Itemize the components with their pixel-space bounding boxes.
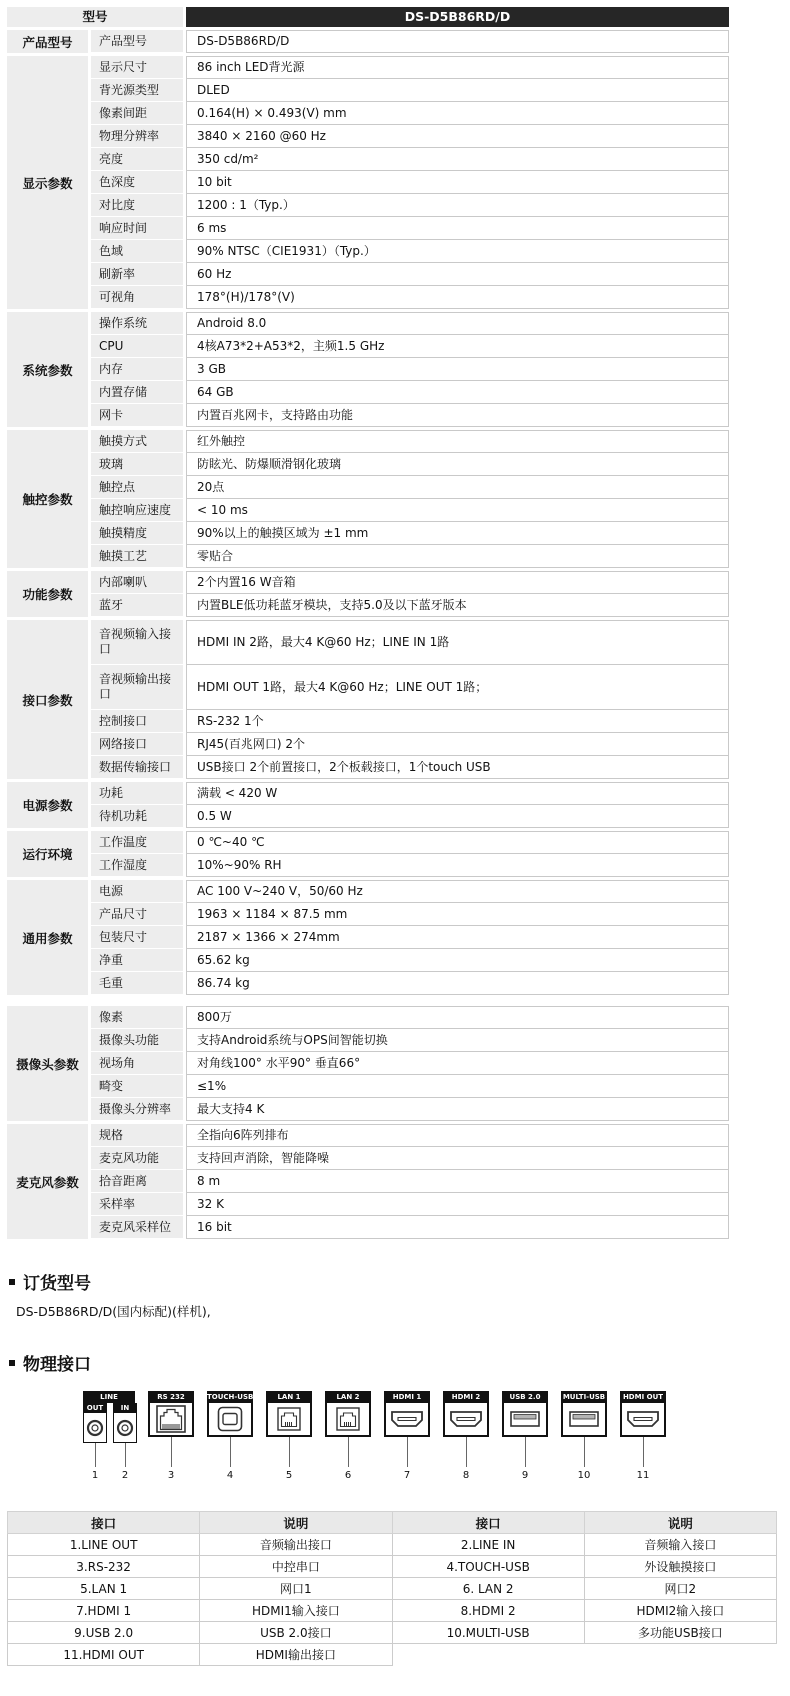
port-number: 2 (113, 1467, 137, 1481)
ports-table-cell: USB 2.0接口 (200, 1622, 392, 1644)
spec-value-cell: 满载 < 420 W (186, 782, 729, 805)
port-hdmi-1: HDMI 17 (384, 1391, 430, 1481)
spec-category-cell: 产品型号 (7, 30, 88, 53)
ports-table-row: 9.USB 2.0USB 2.0接口10.MULTI-USB多功能USB接口 (8, 1622, 777, 1644)
model-header-value: DS-D5B86RD/D (186, 7, 729, 27)
spec-key-cell: 内置存储 (91, 381, 183, 404)
spec-key-cell: 亮度 (91, 148, 183, 171)
spec-key-cell: 产品型号 (91, 30, 183, 53)
spec-value-cell: 86.74 kg (186, 972, 729, 995)
port-lan-2: LAN 26 (325, 1391, 371, 1481)
audio-jack-icon (113, 1413, 137, 1443)
spec-value-cell: 3 GB (186, 358, 729, 381)
spec-value-cell: 6 ms (186, 217, 729, 240)
ports-table-cell: 中控串口 (200, 1556, 392, 1578)
spec-key-cell: 采样率 (91, 1193, 183, 1216)
spec-value-cell: 2个内置16 W音箱 (186, 571, 729, 594)
spec-value-cell: 全指向6阵列排布 (186, 1124, 729, 1147)
hdmi-connector-icon (443, 1403, 489, 1437)
spec-category-cell: 电源参数 (7, 782, 88, 828)
spec-key-cell: 音视频输出接口 (91, 665, 183, 710)
ports-table-header-cell: 接口 (8, 1512, 200, 1534)
ports-table-cell: 10.MULTI-USB (392, 1622, 584, 1644)
leader-line (466, 1437, 467, 1467)
ports-table-header-row: 接口说明接口说明 (8, 1512, 777, 1534)
spec-value-cell: 86 inch LED背光源 (186, 56, 729, 79)
port-label: LINE (83, 1391, 135, 1403)
order-section-title-text: 订货型号 (23, 1269, 91, 1294)
spec-value-cell: 支持Android系统与OPS间智能切换 (186, 1029, 729, 1052)
spec-key-cell: 刷新率 (91, 263, 183, 286)
ports-table-cell: 网口1 (200, 1578, 392, 1600)
page: 型号 DS-D5B86RD/D 产品型号产品型号DS-D5B86RD/D显示参数… (0, 0, 790, 1686)
spec-group: 运行环境工作温度0 ℃~40 ℃工作湿度10%~90% RH (7, 831, 729, 877)
spec-key-cell: 物理分辨率 (91, 125, 183, 148)
spec-value-cell: DLED (186, 79, 729, 102)
spec-key-cell: 触摸工艺 (91, 545, 183, 568)
spec-key-cell: 像素 (91, 1006, 183, 1029)
spec-group: 触控参数触摸方式红外触控玻璃防眩光、防爆顺滑钢化玻璃触控点20点触控响应速度< … (7, 430, 729, 568)
port-number: 3 (148, 1467, 194, 1481)
spec-key-cell: 显示尺寸 (91, 56, 183, 79)
spec-key-cell: 操作系统 (91, 312, 183, 335)
ports-table-row: 1.LINE OUT音频输出接口2.LINE IN音频输入接口 (8, 1534, 777, 1556)
spec-key-cell: 背光源类型 (91, 79, 183, 102)
spec-category-cell: 摄像头参数 (7, 1006, 88, 1121)
ports-table-cell: HDMI1输入接口 (200, 1600, 392, 1622)
port-number: 6 (325, 1467, 371, 1481)
spec-table: 型号 DS-D5B86RD/D 产品型号产品型号DS-D5B86RD/D显示参数… (7, 7, 729, 1239)
spec-value-cell: 零贴合 (186, 545, 729, 568)
spec-key-cell: 可视角 (91, 286, 183, 309)
spec-key-cell: 产品尺寸 (91, 903, 183, 926)
spec-key-cell: 电源 (91, 880, 183, 903)
ports-table-row: 5.LAN 1网口16. LAN 2网口2 (8, 1578, 777, 1600)
leader-line (95, 1443, 96, 1467)
spec-key-cell: 麦克风功能 (91, 1147, 183, 1170)
spec-key-cell: 蓝牙 (91, 594, 183, 617)
spec-category-cell: 麦克风参数 (7, 1124, 88, 1239)
ports-table-header-cell: 接口 (392, 1512, 584, 1534)
port-number: 5 (266, 1467, 312, 1481)
ports-table-cell: 8.HDMI 2 (392, 1600, 584, 1622)
leader-line (643, 1437, 644, 1467)
spec-key-cell: 触摸精度 (91, 522, 183, 545)
empty-cell (584, 1644, 776, 1666)
spec-value-cell: 8 m (186, 1170, 729, 1193)
spec-key-cell: 音视频输入接口 (91, 620, 183, 665)
port-line-out: OUT1 (83, 1403, 107, 1481)
ports-table-cell: 7.HDMI 1 (8, 1600, 200, 1622)
leader-line (584, 1437, 585, 1467)
spec-value-cell: < 10 ms (186, 499, 729, 522)
spec-value-cell: RJ45(百兆网口) 2个 (186, 733, 729, 756)
spec-value-cell: 1963 × 1184 × 87.5 mm (186, 903, 729, 926)
spec-value-cell: USB接口 2个前置接口，2个板载接口，1个touch USB (186, 756, 729, 779)
ports-table-cell: HDMI2输入接口 (584, 1600, 776, 1622)
ports-table-cell: 音频输出接口 (200, 1534, 392, 1556)
spec-value-cell: Android 8.0 (186, 312, 729, 335)
spec-key-cell: 内部喇叭 (91, 571, 183, 594)
square-bullet-icon (9, 1360, 15, 1366)
order-model-text: DS-D5B86RD/D(国内标配)(样机), (16, 1302, 790, 1320)
ports-table-cell: HDMI输出接口 (200, 1644, 392, 1666)
line-sub-ports: OUT1IN2 (83, 1403, 135, 1481)
spec-key-cell: 内存 (91, 358, 183, 381)
usba-connector-icon (502, 1403, 548, 1437)
leader-line (407, 1437, 408, 1467)
spec-value-cell: 10 bit (186, 171, 729, 194)
port-label: TOUCH-USB (207, 1391, 253, 1403)
spec-value-cell: 800万 (186, 1006, 729, 1029)
rj45-connector-icon (325, 1403, 371, 1437)
spec-value-cell: 对角线100° 水平90° 垂直66° (186, 1052, 729, 1075)
port-number: 4 (207, 1467, 253, 1481)
model-header-label: 型号 (7, 7, 183, 27)
spec-value-cell: 支持回声消除，智能降噪 (186, 1147, 729, 1170)
spec-key-cell: 摄像头功能 (91, 1029, 183, 1052)
spec-value-cell: 防眩光、防爆顺滑钢化玻璃 (186, 453, 729, 476)
port-lan-1: LAN 15 (266, 1391, 312, 1481)
spec-group: 产品型号产品型号DS-D5B86RD/D (7, 30, 729, 53)
spec-category-cell: 通用参数 (7, 880, 88, 995)
spec-value-cell: 3840 × 2160 @60 Hz (186, 125, 729, 148)
spec-groups: 产品型号产品型号DS-D5B86RD/D显示参数显示尺寸86 inch LED背… (7, 30, 729, 1239)
spec-value-cell: 内置百兆网卡，支持路由功能 (186, 404, 729, 427)
spec-key-cell: 像素间距 (91, 102, 183, 125)
rj45big-connector-icon (148, 1403, 194, 1437)
port-sub-label: IN (113, 1403, 137, 1413)
spec-key-cell: 色深度 (91, 171, 183, 194)
ports-table-cell: 11.HDMI OUT (8, 1644, 200, 1666)
spec-value-cell: 1200 : 1（Typ.） (186, 194, 729, 217)
spec-key-cell: 毛重 (91, 972, 183, 995)
ports-table-row: 11.HDMI OUTHDMI输出接口 (8, 1644, 777, 1666)
port-line-in: IN2 (113, 1403, 137, 1481)
port-rs-232: RS 2323 (148, 1391, 194, 1481)
spec-key-cell: 触控响应速度 (91, 499, 183, 522)
spec-key-cell: 网卡 (91, 404, 183, 427)
spec-key-cell: 响应时间 (91, 217, 183, 240)
port-number: 9 (502, 1467, 548, 1481)
port-label: HDMI OUT (620, 1391, 666, 1403)
spec-value-cell: DS-D5B86RD/D (186, 30, 729, 53)
spec-category-cell: 运行环境 (7, 831, 88, 877)
port-label: RS 232 (148, 1391, 194, 1403)
ports-table-cell: 9.USB 2.0 (8, 1622, 200, 1644)
ports-table-cell: 6. LAN 2 (392, 1578, 584, 1600)
spec-value-cell: 0.164(H) × 0.493(V) mm (186, 102, 729, 125)
ports-table-cell: 外设触摸接口 (584, 1556, 776, 1578)
spec-group: 功能参数内部喇叭2个内置16 W音箱蓝牙内置BLE低功耗蓝牙模块，支持5.0及以… (7, 571, 729, 617)
port-line-block: LINEOUT1IN2 (83, 1391, 135, 1481)
square-bullet-icon (9, 1279, 15, 1285)
port-hdmi-2: HDMI 28 (443, 1391, 489, 1481)
spec-value-cell: 最大支持4 K (186, 1098, 729, 1121)
audio-jack-icon (83, 1413, 107, 1443)
spec-key-cell: 网络接口 (91, 733, 183, 756)
spec-value-cell: 32 K (186, 1193, 729, 1216)
leader-line (525, 1437, 526, 1467)
spec-value-cell: AC 100 V~240 V，50/60 Hz (186, 880, 729, 903)
port-multi-usb: MULTI-USB10 (561, 1391, 607, 1481)
port-label: LAN 1 (266, 1391, 312, 1403)
leader-line (289, 1437, 290, 1467)
port-number: 11 (620, 1467, 666, 1481)
ports-table-cell: 多功能USB接口 (584, 1622, 776, 1644)
port-touch-usb: TOUCH-USB4 (207, 1391, 253, 1481)
spec-value-cell: 60 Hz (186, 263, 729, 286)
ports-table-header-cell: 说明 (584, 1512, 776, 1534)
ports-table-header-cell: 说明 (200, 1512, 392, 1534)
spec-value-cell: 16 bit (186, 1216, 729, 1239)
spec-key-cell: CPU (91, 335, 183, 358)
spec-key-cell: 工作湿度 (91, 854, 183, 877)
usbb-connector-icon (207, 1403, 253, 1437)
spec-table-header-row: 型号 DS-D5B86RD/D (7, 7, 729, 27)
spec-category-cell: 系统参数 (7, 312, 88, 427)
ports-table-cell: 1.LINE OUT (8, 1534, 200, 1556)
leader-line (348, 1437, 349, 1467)
spec-value-cell: 90% NTSC（CIE1931）（Typ.） (186, 240, 729, 263)
spec-value-cell: 红外触控 (186, 430, 729, 453)
spec-value-cell: 64 GB (186, 381, 729, 404)
rj45-connector-icon (266, 1403, 312, 1437)
spec-value-cell: 65.62 kg (186, 949, 729, 972)
spec-key-cell: 规格 (91, 1124, 183, 1147)
spec-key-cell: 触控点 (91, 476, 183, 499)
spec-value-cell: RS-232 1个 (186, 710, 729, 733)
spec-key-cell: 摄像头分辨率 (91, 1098, 183, 1121)
ports-table-cell: 5.LAN 1 (8, 1578, 200, 1600)
spec-key-cell: 净重 (91, 949, 183, 972)
spec-value-cell: 10%~90% RH (186, 854, 729, 877)
ports-section-title-text: 物理接口 (23, 1350, 91, 1375)
ports-table-row: 3.RS-232中控串口4.TOUCH-USB外设触摸接口 (8, 1556, 777, 1578)
spec-value-cell: 2187 × 1366 × 274mm (186, 926, 729, 949)
ports-table-cell: 2.LINE IN (392, 1534, 584, 1556)
port-label: MULTI-USB (561, 1391, 607, 1403)
spec-key-cell: 对比度 (91, 194, 183, 217)
spec-group: 麦克风参数规格全指向6阵列排布麦克风功能支持回声消除，智能降噪拾音距离8 m采样… (7, 1124, 729, 1239)
ports-section-title: 物理接口 (9, 1350, 790, 1375)
usba-connector-icon (561, 1403, 607, 1437)
port-label: LAN 2 (325, 1391, 371, 1403)
spec-key-cell: 拾音距离 (91, 1170, 183, 1193)
spec-category-cell: 显示参数 (7, 56, 88, 309)
spec-value-cell: HDMI OUT 1路，最大4 K@60 Hz；LINE OUT 1路； (186, 665, 729, 710)
leader-line (171, 1437, 172, 1467)
spec-category-cell: 触控参数 (7, 430, 88, 568)
port-number: 8 (443, 1467, 489, 1481)
port-hdmi-out: HDMI OUT11 (620, 1391, 666, 1481)
spec-value-cell: 4核A73*2+A53*2，主频1.5 GHz (186, 335, 729, 358)
spec-value-cell: 90%以上的触摸区域为 ±1 mm (186, 522, 729, 545)
hdmi-connector-icon (620, 1403, 666, 1437)
spec-key-cell: 功耗 (91, 782, 183, 805)
spec-value-cell: 20点 (186, 476, 729, 499)
spec-value-cell: HDMI IN 2路，最大4 K@60 Hz；LINE IN 1路 (186, 620, 729, 665)
spec-value-cell: 0 ℃~40 ℃ (186, 831, 729, 854)
spec-value-cell: 内置BLE低功耗蓝牙模块，支持5.0及以下蓝牙版本 (186, 594, 729, 617)
spec-key-cell: 麦克风采样位 (91, 1216, 183, 1239)
port-sub-label: OUT (83, 1403, 107, 1413)
spec-group: 摄像头参数像素800万摄像头功能支持Android系统与OPS间智能切换视场角对… (7, 1006, 729, 1121)
spec-category-cell: 功能参数 (7, 571, 88, 617)
spec-value-cell: 178°(H)/178°(V) (186, 286, 729, 309)
spec-key-cell: 控制接口 (91, 710, 183, 733)
spec-group: 显示参数显示尺寸86 inch LED背光源背光源类型DLED像素间距0.164… (7, 56, 729, 309)
spec-value-cell: ≤1% (186, 1075, 729, 1098)
spec-group: 电源参数功耗满载 < 420 W待机功耗0.5 W (7, 782, 729, 828)
leader-line (125, 1443, 126, 1467)
port-label: USB 2.0 (502, 1391, 548, 1403)
port-number: 7 (384, 1467, 430, 1481)
spec-value-cell: 350 cd/m² (186, 148, 729, 171)
spec-category-cell: 接口参数 (7, 620, 88, 779)
spec-key-cell: 工作温度 (91, 831, 183, 854)
port-number: 10 (561, 1467, 607, 1481)
ports-description-table: 接口说明接口说明1.LINE OUT音频输出接口2.LINE IN音频输入接口3… (7, 1511, 777, 1666)
ports-diagram: LINEOUT1IN2RS 2323TOUCH-USB4LAN 15LAN 26… (83, 1391, 790, 1481)
spec-key-cell: 数据传输接口 (91, 756, 183, 779)
ports-table-cell: 音频输入接口 (584, 1534, 776, 1556)
empty-cell (392, 1644, 584, 1666)
spec-key-cell: 色域 (91, 240, 183, 263)
port-label: HDMI 1 (384, 1391, 430, 1403)
spec-key-cell: 触摸方式 (91, 430, 183, 453)
port-number: 1 (83, 1467, 107, 1481)
ports-table-cell: 网口2 (584, 1578, 776, 1600)
spec-key-cell: 包装尺寸 (91, 926, 183, 949)
spec-key-cell: 玻璃 (91, 453, 183, 476)
port-usb-2-0: USB 2.09 (502, 1391, 548, 1481)
port-label: HDMI 2 (443, 1391, 489, 1403)
spec-key-cell: 畸变 (91, 1075, 183, 1098)
hdmi-connector-icon (384, 1403, 430, 1437)
spec-key-cell: 视场角 (91, 1052, 183, 1075)
spec-group: 通用参数电源AC 100 V~240 V，50/60 Hz产品尺寸1963 × … (7, 880, 729, 995)
order-section-title: 订货型号 (9, 1269, 790, 1294)
leader-line (230, 1437, 231, 1467)
ports-table-row: 7.HDMI 1HDMI1输入接口8.HDMI 2HDMI2输入接口 (8, 1600, 777, 1622)
spec-group: 接口参数音视频输入接口HDMI IN 2路，最大4 K@60 Hz；LINE I… (7, 620, 729, 779)
spec-group: 系统参数操作系统Android 8.0CPU4核A73*2+A53*2，主频1.… (7, 312, 729, 427)
spec-key-cell: 待机功耗 (91, 805, 183, 828)
ports-table-cell: 4.TOUCH-USB (392, 1556, 584, 1578)
ports-table-cell: 3.RS-232 (8, 1556, 200, 1578)
spec-value-cell: 0.5 W (186, 805, 729, 828)
